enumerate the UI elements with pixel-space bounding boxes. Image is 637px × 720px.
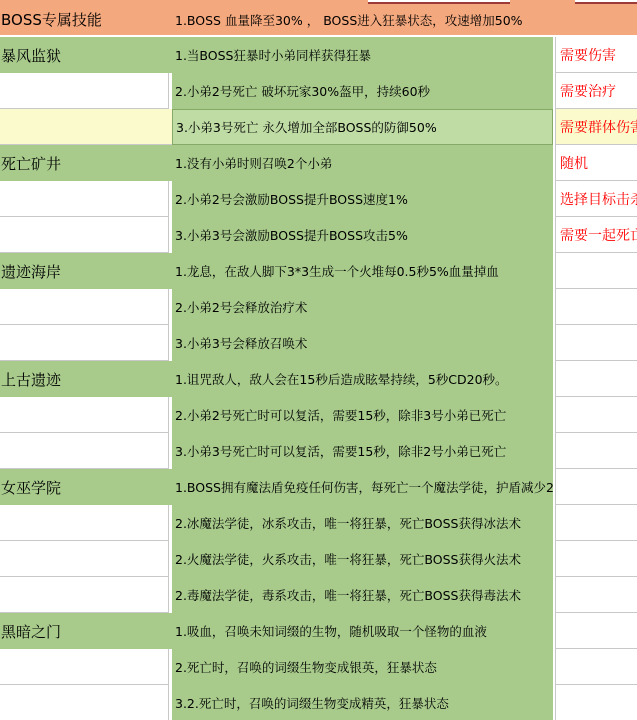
skill-text: 1.没有小弟时则召唤2个小弟 <box>175 154 332 172</box>
note-cell-inner <box>555 685 637 720</box>
note-cell-inner <box>555 325 637 361</box>
skill-cell[interactable]: 2.死亡时，召唤的词缀生物变成银英，狂暴状态 <box>172 649 553 685</box>
table-row: 3.小弟3号死亡时可以复活，需要15秒，除非2号小弟已死亡 <box>0 433 637 469</box>
empty-left-cell <box>0 505 169 541</box>
table-row: 2.火魔法学徒，火系攻击，唯一将狂暴，死亡BOSS获得火法术 <box>0 541 637 577</box>
skill-cell[interactable]: 2.毒魔法学徒，毒系攻击，唯一将狂暴，死亡BOSS获得毒法术 <box>172 577 553 613</box>
strip-segment <box>368 0 510 4</box>
skill-text: 2.火魔法学徒，火系攻击，唯一将狂暴，死亡BOSS获得火法术 <box>175 550 521 568</box>
skill-cell-selected[interactable]: 3.小弟3号死亡 永久增加全部BOSS的防御50% <box>172 109 553 145</box>
empty-left-cell <box>0 577 169 613</box>
note-cell[interactable]: 需要伤害 <box>553 37 637 73</box>
skill-text: 2.毒魔法学徒，毒系攻击，唯一将狂暴，死亡BOSS获得毒法术 <box>175 586 521 604</box>
table-row: 黑暗之门1.吸血，召唤未知词缀的生物，随机吸取一个怪物的血液 <box>0 613 637 649</box>
note-cell[interactable] <box>553 505 637 541</box>
skill-text: 2.小弟2号会释放治疗术 <box>175 298 307 316</box>
skill-text: 3.小弟3号会激励BOSS提升BOSS攻击5% <box>175 226 408 244</box>
table-row: BOSS专属技能1.BOSS 血量降至30% ， BOSS进入狂暴状态，攻速增加… <box>0 4 637 35</box>
empty-left-cell <box>0 541 169 577</box>
skill-text: 3.小弟3号会释放召唤术 <box>175 334 307 352</box>
row-left-cell[interactable] <box>0 217 172 253</box>
skill-cell[interactable]: 1.BOSS拥有魔法盾免疫任何伤害，每死亡一个魔法学徒，护盾减少20%； <box>172 469 553 505</box>
empty-left-cell <box>0 109 172 145</box>
empty-left-cell <box>0 325 169 361</box>
section-title: 女巫学院 <box>0 469 172 505</box>
section-header-cell[interactable]: 上古遗迹 <box>0 361 172 397</box>
row-left-cell[interactable] <box>0 109 172 145</box>
skill-text: 2.冰魔法学徒，冰系攻击，唯一将狂暴，死亡BOSS获得冰法术 <box>175 514 521 532</box>
skill-text: 1.龙息，在敌人脚下3*3生成一个火堆每0.5秒5%血量掉血 <box>175 262 499 280</box>
skill-cell[interactable]: 1.吸血，召唤未知词缀的生物，随机吸取一个怪物的血液 <box>172 613 553 649</box>
note-cell[interactable]: 需要一起死亡 <box>553 217 637 253</box>
section-title: 死亡矿井 <box>0 145 172 181</box>
empty-left-cell <box>0 217 169 253</box>
section-header-cell[interactable]: 女巫学院 <box>0 469 172 505</box>
skill-cell[interactable]: 1.BOSS 血量降至30% ， BOSS进入狂暴状态，攻速增加50% <box>172 4 553 35</box>
table-row: 2.小弟2号会激励BOSS提升BOSS速度1%选择目标击杀 <box>0 181 637 217</box>
skill-text: 2.死亡时，召唤的词缀生物变成银英，狂暴状态 <box>175 658 437 676</box>
note-cell[interactable] <box>553 685 637 720</box>
skill-text: 3.2.死亡时，召唤的词缀生物变成精英，狂暴状态 <box>175 694 449 712</box>
empty-left-cell <box>0 181 169 217</box>
skill-cell[interactable]: 3.2.死亡时，召唤的词缀生物变成精英，狂暴状态 <box>172 685 553 720</box>
section-header-cell[interactable]: BOSS专属技能 <box>0 4 172 35</box>
skill-text: 2.小弟2号死亡 破坏玩家30%盔甲，持续60秒 <box>175 82 430 100</box>
skill-cell[interactable]: 2.火魔法学徒，火系攻击，唯一将狂暴，死亡BOSS获得火法术 <box>172 541 553 577</box>
table-row: 3.小弟3号会激励BOSS提升BOSS攻击5%需要一起死亡 <box>0 217 637 253</box>
note-text: 需要治疗 <box>560 81 616 101</box>
skill-cell[interactable]: 2.小弟2号会释放治疗术 <box>172 289 553 325</box>
section-title: 暴风监狱 <box>0 37 172 73</box>
empty-left-cell <box>0 649 169 685</box>
note-cell[interactable]: 随机 <box>553 145 637 181</box>
skill-text: 2.小弟2号死亡时可以复活，需要15秒，除非3号小弟已死亡 <box>175 406 506 424</box>
note-cell[interactable] <box>553 397 637 433</box>
skill-cell[interactable]: 1.诅咒敌人，敌人会在15秒后造成眩晕持续，5秒CD20秒。 <box>172 361 553 397</box>
note-cell-inner: 需要伤害 <box>555 37 637 73</box>
table-row: 暴风监狱1.当BOSS狂暴时小弟同样获得狂暴需要伤害 <box>0 37 637 73</box>
skill-text: 1.BOSS拥有魔法盾免疫任何伤害，每死亡一个魔法学徒，护盾减少20%； <box>175 478 553 496</box>
section-title: 黑暗之门 <box>0 613 172 649</box>
strip-segment <box>510 0 575 4</box>
table-body: BOSS专属技能1.BOSS 血量降至30% ， BOSS进入狂暴状态，攻速增加… <box>0 4 637 720</box>
skill-text: 2.小弟2号会激励BOSS提升BOSS速度1% <box>175 190 408 208</box>
note-cell[interactable] <box>553 325 637 361</box>
skill-cell[interactable]: 1.龙息，在敌人脚下3*3生成一个火堆每0.5秒5%血量掉血 <box>172 253 553 289</box>
note-cell-inner <box>555 505 637 541</box>
table-row: 3.小弟3号会释放召唤术 <box>0 325 637 361</box>
note-cell[interactable] <box>553 4 637 35</box>
strip-segment <box>0 0 368 4</box>
empty-left-cell <box>0 685 169 720</box>
spreadsheet: BOSS专属技能1.BOSS 血量降至30% ， BOSS进入狂暴状态，攻速增加… <box>0 0 637 720</box>
table-row: 2.小弟2号会释放治疗术 <box>0 289 637 325</box>
note-text: 随机 <box>560 153 588 173</box>
row-left-cell[interactable] <box>0 289 172 325</box>
note-cell-inner <box>555 577 637 613</box>
row-left-cell[interactable] <box>0 649 172 685</box>
skill-cell[interactable]: 1.当BOSS狂暴时小弟同样获得狂暴 <box>172 37 553 73</box>
note-cell[interactable] <box>553 577 637 613</box>
note-cell[interactable] <box>553 253 637 289</box>
section-title: 遗迹海岸 <box>0 253 172 289</box>
top-strip <box>0 0 637 4</box>
note-cell[interactable] <box>553 649 637 685</box>
note-cell-inner: 选择目标击杀 <box>555 181 637 217</box>
table-row: 2.毒魔法学徒，毒系攻击，唯一将狂暴，死亡BOSS获得毒法术 <box>0 577 637 613</box>
table-row: 遗迹海岸1.龙息，在敌人脚下3*3生成一个火堆每0.5秒5%血量掉血 <box>0 253 637 289</box>
note-cell-inner: 需要治疗 <box>555 73 637 109</box>
note-cell[interactable]: 需要治疗 <box>553 73 637 109</box>
table-row: 2.小弟2号死亡 破坏玩家30%盔甲，持续60秒需要治疗 <box>0 73 637 109</box>
table-row: 3.小弟3号死亡 永久增加全部BOSS的防御50%需要群体伤害 <box>0 109 637 145</box>
skill-cell[interactable]: 2.小弟2号死亡 破坏玩家30%盔甲，持续60秒 <box>172 73 553 109</box>
empty-left-cell <box>0 397 169 433</box>
skill-cell[interactable]: 2.小弟2号会激励BOSS提升BOSS速度1% <box>172 181 553 217</box>
empty-left-cell <box>0 289 169 325</box>
note-cell-inner <box>555 361 637 397</box>
row-left-cell[interactable] <box>0 685 172 720</box>
section-header-cell[interactable]: 暴风监狱 <box>0 37 172 73</box>
note-cell-inner <box>555 649 637 685</box>
row-left-cell[interactable] <box>0 433 172 469</box>
skill-text: 1.当BOSS狂暴时小弟同样获得狂暴 <box>175 46 371 64</box>
table-row: 死亡矿井1.没有小弟时则召唤2个小弟随机 <box>0 145 637 181</box>
table-row: 女巫学院1.BOSS拥有魔法盾免疫任何伤害，每死亡一个魔法学徒，护盾减少20%； <box>0 469 637 505</box>
note-cell[interactable] <box>553 433 637 469</box>
skill-cell[interactable]: 3.小弟3号会激励BOSS提升BOSS攻击5% <box>172 217 553 253</box>
skill-text: 1.BOSS 血量降至30% ， BOSS进入狂暴状态，攻速增加50% <box>175 11 523 29</box>
row-left-cell[interactable] <box>0 541 172 577</box>
table-row: 2.死亡时，召唤的词缀生物变成银英，狂暴状态 <box>0 649 637 685</box>
table-row: 2.冰魔法学徒，冰系攻击，唯一将狂暴，死亡BOSS获得冰法术 <box>0 505 637 541</box>
note-cell-inner <box>555 289 637 325</box>
row-left-cell[interactable] <box>0 505 172 541</box>
skill-text: 1.吸血，召唤未知词缀的生物，随机吸取一个怪物的血液 <box>175 622 487 640</box>
note-cell-inner <box>555 541 637 577</box>
skill-cell[interactable]: 3.小弟3号会释放召唤术 <box>172 325 553 361</box>
row-left-cell[interactable] <box>0 397 172 433</box>
note-cell[interactable] <box>553 289 637 325</box>
skill-cell[interactable]: 2.小弟2号死亡时可以复活，需要15秒，除非3号小弟已死亡 <box>172 397 553 433</box>
note-cell[interactable] <box>553 469 637 505</box>
note-cell-inner <box>555 397 637 433</box>
empty-left-cell <box>0 73 169 109</box>
section-header-cell[interactable]: 黑暗之门 <box>0 613 172 649</box>
note-cell[interactable]: 选择目标击杀 <box>553 181 637 217</box>
note-cell[interactable]: 需要群体伤害 <box>553 109 637 145</box>
table-row: 上古遗迹1.诅咒敌人，敌人会在15秒后造成眩晕持续，5秒CD20秒。 <box>0 361 637 397</box>
note-cell-inner: 需要一起死亡 <box>555 217 637 253</box>
skill-cell[interactable]: 3.小弟3号死亡时可以复活，需要15秒，除非2号小弟已死亡 <box>172 433 553 469</box>
row-left-cell[interactable] <box>0 577 172 613</box>
skill-text: 3.小弟3号死亡 永久增加全部BOSS的防御50% <box>176 118 437 136</box>
section-header-cell[interactable]: 遗迹海岸 <box>0 253 172 289</box>
section-header-cell[interactable]: 死亡矿井 <box>0 145 172 181</box>
note-cell[interactable] <box>553 613 637 649</box>
row-left-cell[interactable] <box>0 73 172 109</box>
skill-cell[interactable]: 1.没有小弟时则召唤2个小弟 <box>172 145 553 181</box>
note-text: 需要伤害 <box>560 45 616 65</box>
note-cell[interactable] <box>553 541 637 577</box>
section-title: BOSS专属技能 <box>0 4 172 35</box>
note-cell-inner <box>553 4 637 35</box>
note-cell-inner <box>555 613 637 649</box>
empty-left-cell <box>0 433 169 469</box>
note-cell[interactable] <box>553 361 637 397</box>
skill-cell[interactable]: 2.冰魔法学徒，冰系攻击，唯一将狂暴，死亡BOSS获得冰法术 <box>172 505 553 541</box>
row-left-cell[interactable] <box>0 325 172 361</box>
skill-text: 3.小弟3号死亡时可以复活，需要15秒，除非2号小弟已死亡 <box>175 442 506 460</box>
skill-text: 1.诅咒敌人，敌人会在15秒后造成眩晕持续，5秒CD20秒。 <box>175 370 508 388</box>
note-text: 需要一起死亡 <box>560 225 637 245</box>
note-cell-inner: 随机 <box>555 145 637 181</box>
strip-segment <box>575 0 637 4</box>
section-title: 上古遗迹 <box>0 361 172 397</box>
table-row: 3.2.死亡时，召唤的词缀生物变成精英，狂暴状态 <box>0 685 637 720</box>
note-cell-inner: 需要群体伤害 <box>555 109 637 145</box>
note-text: 选择目标击杀 <box>560 189 637 209</box>
note-cell-inner <box>555 253 637 289</box>
table-row: 2.小弟2号死亡时可以复活，需要15秒，除非3号小弟已死亡 <box>0 397 637 433</box>
row-left-cell[interactable] <box>0 181 172 217</box>
note-cell-inner <box>555 433 637 469</box>
note-cell-inner <box>555 469 637 505</box>
note-text: 需要群体伤害 <box>560 117 637 137</box>
